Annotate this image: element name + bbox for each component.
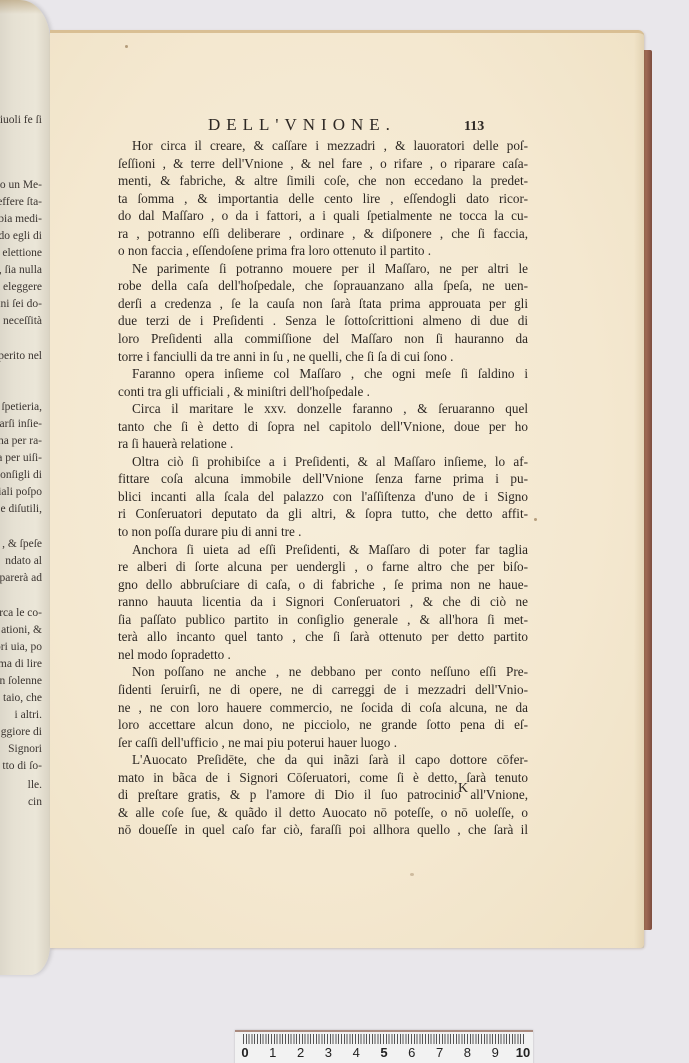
facing-page-fragment: e neceſſità [0,313,42,331]
facing-page-fragment: ra per uiſi- [0,450,42,468]
running-head: DELL'VNIONE. [208,115,396,135]
text-line: blici incanti alla ſcala del palazzo con… [118,488,528,506]
text-line: gno dello abbruſciare di caſa, o di fabr… [118,576,528,594]
ruler-labels: 012345678910 [235,1045,533,1063]
text-line: derſi a credenza , ſe la cauſa non ſarà … [118,295,528,313]
text-line: ſia paſſato publico partito in conſiglio… [118,611,528,629]
text-line: to non poſſa durare piu di anni tre . [118,523,528,541]
facing-page-fragment: ggiore di [1,724,42,742]
ruler-label: 2 [297,1045,304,1060]
ruler-label: 9 [492,1045,499,1060]
text-line: tanto che ſi è detto di ſopra nel capito… [118,418,528,436]
ruler-label: 6 [408,1045,415,1060]
catchword: K [458,781,468,797]
facing-page-fragment: narſi inſie- [0,416,42,434]
facing-page-fragment: taio, che [3,690,42,708]
text-line: re alberi di ſorte alcuna per uendergli … [118,558,528,576]
text-line: robe della caſa dell'hoſpedale, che ſopr… [118,277,528,295]
ruler-label: 5 [380,1045,387,1060]
facing-page-fragment: perito nel [0,348,42,366]
ruler-label: 4 [353,1045,360,1060]
facing-page-fragment: ſla eleggere [0,279,42,297]
facing-page-fragment: i altri. [15,707,42,725]
facing-page-fragment: io un Me- [0,177,42,195]
text-line: loro Preſidenti alla commiſſione del Maſ… [118,330,528,348]
facing-page-fragment: a ſpetieria, [0,399,42,417]
text-line: fittare coſa alcuna immobile dell'Vnione… [118,470,528,488]
text-line: ne , ne con loro hauere commercio, ne ſo… [118,699,528,717]
text-line: due terzi de i Preſidenti . Senza le ſot… [118,312,528,330]
text-line: conti tra gli ufficiali , & miniſtri del… [118,383,528,401]
text-line: Oltra ciò ſi prohibiſce a i Preſidenti, … [118,453,528,471]
facing-page-fragment: ndato al [5,553,42,571]
facing-page-fragment: tto di ſo- [2,758,42,776]
facing-page-fragment: ma di lire [0,656,42,674]
facing-page-fragment: cin [28,794,42,812]
facing-page-fragment: ndo egli di [0,228,42,246]
facing-page-fragment: Signori [8,741,42,759]
text-line: menti, & fabriche, & altre ſimili coſe, … [118,172,528,190]
text-line: ri Conſeruatori deputato da gli altri, &… [118,505,528,523]
facing-page-fragment: n ſolenne [0,673,42,691]
facing-page-fragment: obia medi- [0,211,42,229]
text-line: L'Auocato Preſidēte, che da qui inãzi ſa… [118,751,528,769]
facing-page-fragment: parerà ad [0,570,42,588]
text-line: nō doueſſe in quel caſo far ciò, faraſſi… [118,821,528,839]
facing-page-fragment: iali poſpo [0,484,42,502]
text-line: o non faccia , eſſendoſene prima fra lor… [118,242,528,260]
facing-page-fragment: ori uia, po [0,639,42,657]
text-line: ta ſomma , & importantia delle cento lir… [118,190,528,208]
facing-page-fragment: lle. [28,777,42,795]
facing-page-fragment: nni ſei do- [0,296,42,314]
scale-ruler: 012345678910 [235,1030,533,1063]
text-line: ſidenti ſeruirſi, ne di opere, ne di car… [118,681,528,699]
facing-page-left: liuoli fe ſiio un Me-l'effere ſta-obia m… [0,0,50,975]
body-text: Hor circa il creare, & caſſare i mezzadr… [118,137,528,839]
page-stain [0,0,50,14]
facing-page-fragment: a elettione [0,245,42,263]
text-line: terà allo incanto quel tanto , che ſi ſa… [118,628,528,646]
facing-page-fragment: e diſutili, [0,501,42,519]
foxing-spot [125,45,128,48]
text-line: Non poſſano ne anche , ne debbano per co… [118,663,528,681]
ruler-label: 0 [241,1045,248,1060]
ruler-label: 3 [325,1045,332,1060]
ruler-label: 8 [464,1045,471,1060]
text-line: ranno hauuta licentia da i Signori Conſe… [118,593,528,611]
text-line: loro accettare alcun dono, ne picciolo, … [118,716,528,734]
ruler-label: 10 [516,1045,530,1060]
text-line: torre i fanciulli da tre anni in ſu , ne… [118,348,528,366]
facing-page-fragment: , & ſpeſe [2,536,42,554]
facing-page-fragment: ana per ra- [0,433,42,451]
ruler-ticks [243,1034,525,1044]
text-line: & alle coſe ſue, & quãdo il detto Auocat… [118,804,528,822]
text-line: ſer caſſi dell'ufficio , ne mai piu pote… [118,734,528,752]
facing-page-fragment: rca le co- [0,605,42,623]
text-line: ra ſi hauerà relatione . [118,435,528,453]
facing-page-fragment: a , ſia nulla [0,262,42,280]
page-number: 113 [464,119,484,135]
book-page: DELL'VNIONE. 113 Hor circa il creare, & … [50,30,644,948]
facing-page-fragment: liuoli fe ſi [0,112,42,130]
ruler-label: 7 [436,1045,443,1060]
facing-page-fragment: ationi, & [1,622,42,640]
text-line: ra , potranno eſſi deliberare , ordinare… [118,225,528,243]
text-line: Faranno opera inſieme col Maſſaro , che … [118,365,528,383]
facing-page-fragment: l'effere ſta- [0,194,42,212]
text-line: Ne parimente ſi potranno mouere per il M… [118,260,528,278]
facing-page-fragment: conſigli di [0,467,42,485]
text-line: do dal Maſſaro , o da i fattori, a i qua… [118,207,528,225]
ruler-label: 1 [269,1045,276,1060]
text-line: Circa il maritare le xxv. donzelle faran… [118,400,528,418]
text-line: ſeſſioni , & terre dell'Vnione , & nel f… [118,155,528,173]
foxing-spot [534,518,537,521]
text-line: Anchora ſi uieta ad eſſi Preſidenti, & M… [118,541,528,559]
foxing-spot [410,873,414,876]
text-line: Hor circa il creare, & caſſare i mezzadr… [118,137,528,155]
text-line: nel modo ſopradetto . [118,646,528,664]
